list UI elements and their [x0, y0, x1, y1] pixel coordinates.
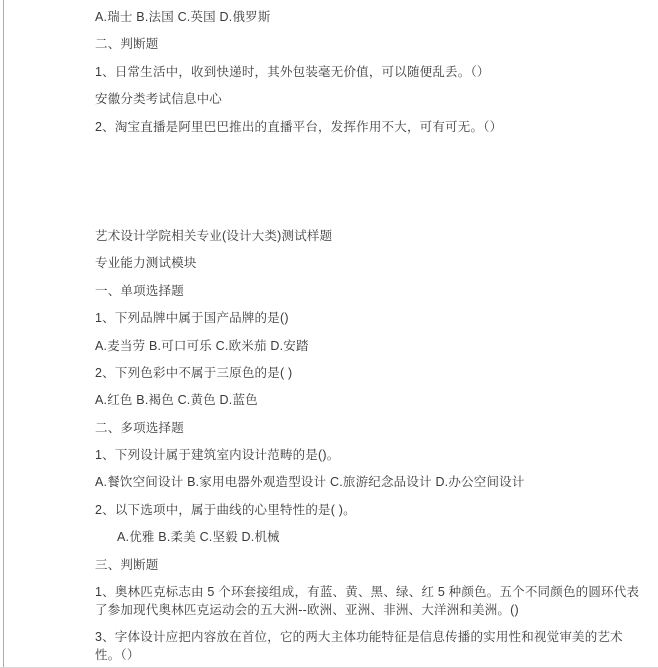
options-line-geography: A.瑞士 B.法国 C.英国 D.俄罗斯 [95, 8, 643, 26]
section-heading-judgment: 二、判断题 [95, 35, 643, 53]
question-font-design: 3、字体设计应把内容放在首位，它的两大主体功能特征是信息传播的实用性和视觉审美的… [95, 628, 643, 664]
options-interior-design: A.餐饮空间设计 B.家用电器外观造型设计 C.旅游纪念品设计 D.办公空间设计 [95, 473, 643, 491]
document-title: 艺术设计学院相关专业(设计大类)测试样题 [95, 227, 643, 245]
options-domestic-brand: A.麦当劳 B.可口可乐 C.欧米茄 D.安踏 [95, 337, 643, 355]
page-left-border [3, 0, 4, 668]
question-interior-design: 1、下列设计属于建筑室内设计范畴的是()。 [95, 446, 643, 464]
section-heading-multi-choice: 二、多项选择题 [95, 419, 643, 437]
section-heading-single-choice: 一、单项选择题 [95, 282, 643, 300]
watermark-anhui-exam-info: 安徽分类考试信息中心 [95, 90, 643, 108]
question-olympic-rings: 1、奥林匹克标志由 5 个环套接组成，有蓝、黄、黑、绿、红 5 种颜色。五个不同… [95, 583, 643, 619]
question-express-packaging: 1、日常生活中，收到快递时，其外包装毫无价值，可以随便乱丢。（） [95, 63, 643, 81]
question-domestic-brand: 1、下列品牌中属于国产品牌的是() [95, 309, 643, 327]
options-primary-colors: A.红色 B.褐色 C.黄色 D.蓝色 [95, 391, 643, 409]
question-curve-traits: 2、以下选项中，属于曲线的心里特性的是( )。 [95, 501, 643, 519]
document-body: A.瑞士 B.法国 C.英国 D.俄罗斯 二、判断题 1、日常生活中，收到快递时… [95, 8, 643, 668]
blank-gap [95, 145, 643, 227]
options-curve-traits: A.优雅 B.柔美 C.坚毅 D.机械 [95, 528, 643, 546]
module-heading: 专业能力测试模块 [95, 254, 643, 272]
page-container: A.瑞士 B.法国 C.英国 D.俄罗斯 二、判断题 1、日常生活中，收到快递时… [0, 0, 658, 668]
question-taobao-live: 2、淘宝直播是阿里巴巴推出的直播平台，发挥作用不大，可有可无。（） [95, 118, 643, 136]
question-primary-colors: 2、下列色彩中不属于三原色的是( ) [95, 364, 643, 382]
section-heading-judgment-2: 三、判断题 [95, 556, 643, 574]
